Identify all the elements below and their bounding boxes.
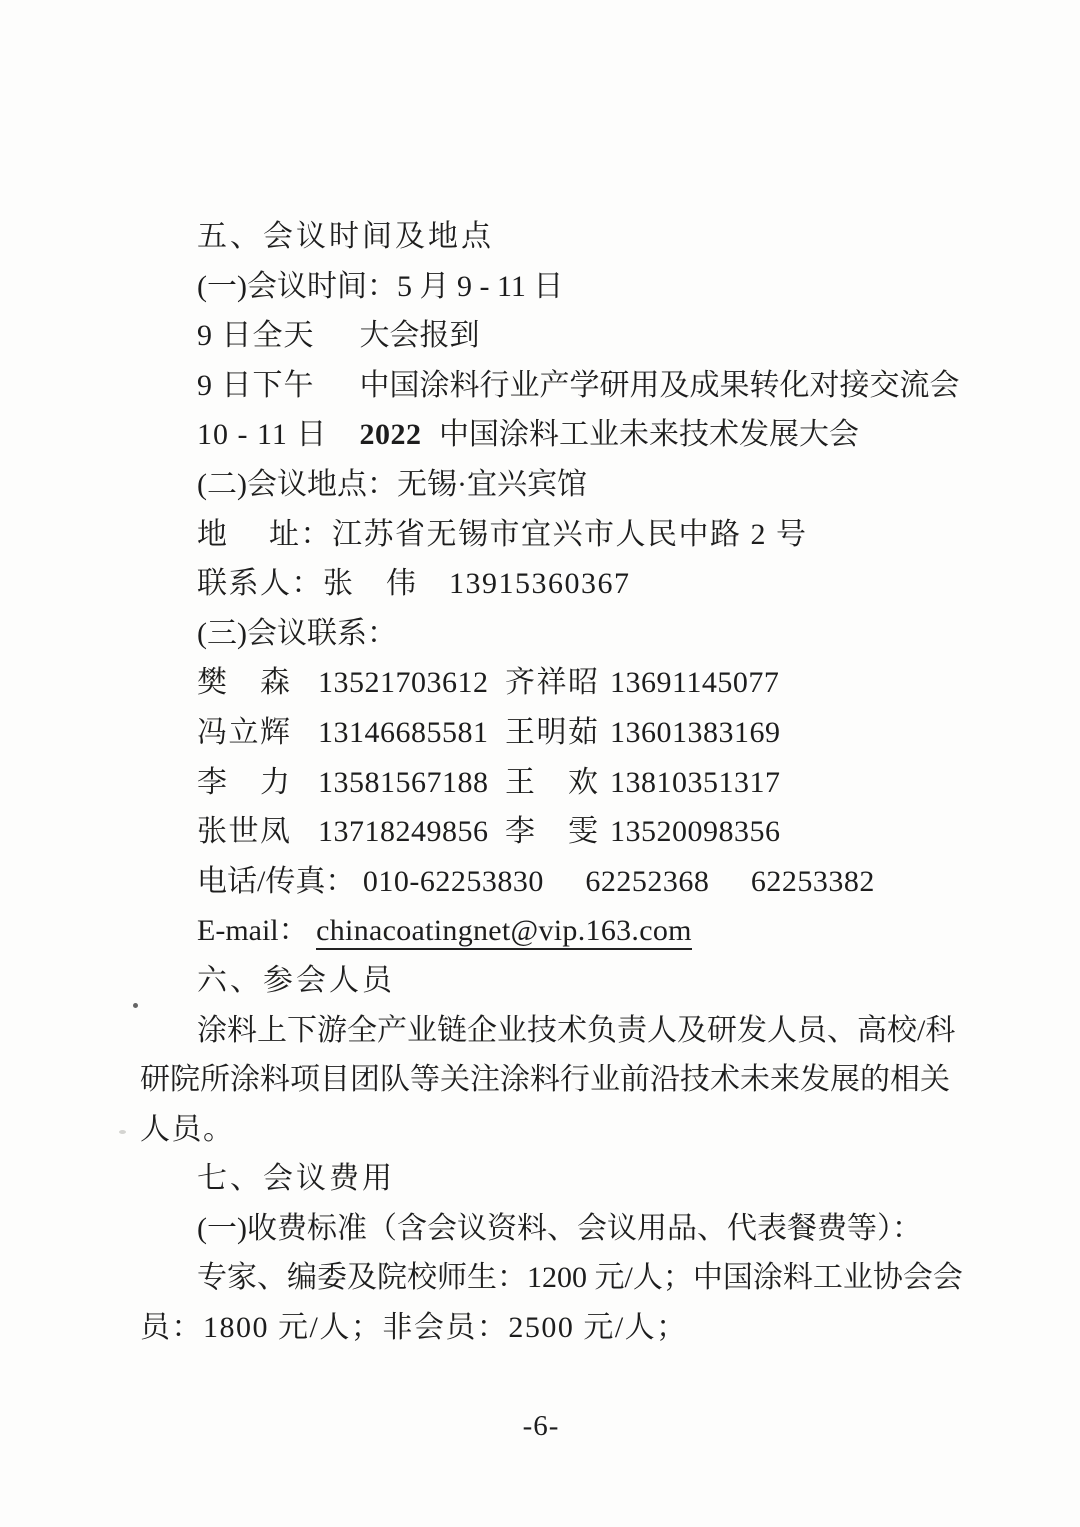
- venue-line: (二)会议地点：无锡·宜兴宾馆: [140, 460, 942, 510]
- section-6-heading: 六、参会人员: [140, 956, 942, 1006]
- contact-row-3: 李 力 13581567188 王 欢 13810351317: [140, 758, 942, 808]
- contact-row-1: 樊 森 13521703612 齐祥昭 13691145077: [140, 658, 942, 708]
- address-line: 地 址：江苏省无锡市宜兴市人民中路 2 号: [140, 510, 942, 560]
- schedule-time: 9 日下午: [197, 361, 352, 411]
- schedule-time: 9 日全天: [197, 311, 352, 361]
- phone-fax-number: 62253382: [751, 865, 875, 898]
- schedule-event: 中国涂料行业产学研用及成果转化对接交流会: [360, 369, 960, 402]
- contact-row-4: 张世凤 13718249856 李 雯 13520098356: [140, 807, 942, 857]
- scan-speck: [119, 1130, 126, 1134]
- participants-paragraph-line-2: 研院所涂料项目团队等关注涂料行业前沿技术未来发展的相关: [140, 1055, 942, 1105]
- page-number: -6-: [140, 1402, 942, 1452]
- contact-name: 王明茹: [505, 708, 601, 758]
- meeting-time-line: (一)会议时间：5 月 9 - 11 日: [140, 262, 942, 312]
- schedule-year-bold: 2022: [360, 418, 422, 451]
- schedule-event: 大会报到: [360, 319, 480, 352]
- phone-fax-number: 62252368: [585, 865, 709, 898]
- contact-phone: 13520098356: [610, 815, 781, 848]
- email-address: chinacoatingnet@vip.163.com: [316, 914, 692, 950]
- contact-phone: 13601383169: [610, 716, 781, 749]
- content-column: 五、会议时间及地点 (一)会议时间：5 月 9 - 11 日 9 日全天 大会报…: [140, 212, 942, 1452]
- contact-person-line: 联系人：张 伟 13915360367: [140, 559, 942, 609]
- meeting-contacts-heading: (三)会议联系：: [140, 609, 942, 659]
- contact-row-2: 冯立辉 13146685581 王明茹 13601383169: [140, 708, 942, 758]
- blank-line: [140, 1353, 942, 1403]
- contact-name: 李 力: [197, 758, 309, 808]
- fee-standard-line: (一)收费标准（含会议资料、会议用品、代表餐费等）：: [140, 1204, 942, 1254]
- contact-phone: 13810351317: [610, 766, 781, 799]
- fee-detail-line-2: 员：1800 元/人；非会员：2500 元/人；: [140, 1303, 942, 1353]
- phone-fax-number: 010-62253830: [363, 865, 544, 898]
- participants-paragraph-line-1: 涂料上下游全产业链企业技术负责人及研发人员、高校/科: [140, 1006, 942, 1056]
- contact-phone: 13691145077: [610, 666, 779, 699]
- schedule-time: 10 - 11 日: [197, 410, 352, 460]
- schedule-event: 中国涂料工业未来技术发展大会: [439, 418, 859, 451]
- contact-name: 张世凤: [197, 807, 309, 857]
- contact-name: 李 雯: [505, 807, 601, 857]
- fee-detail-line-1: 专家、编委及院校师生：1200 元/人；中国涂料工业协会会: [140, 1253, 942, 1303]
- email-label: E-mail：: [197, 914, 309, 947]
- contact-name: 齐祥昭: [505, 658, 601, 708]
- contact-name: 王 欢: [505, 758, 601, 808]
- phone-fax-label: 电话/传真：: [197, 865, 355, 898]
- contact-name: 樊 森: [197, 658, 309, 708]
- participants-paragraph-line-3: 人员。: [140, 1105, 942, 1155]
- contact-phone: 13581567188: [318, 758, 496, 808]
- schedule-row-3: 10 - 11 日 2022 中国涂料工业未来技术发展大会: [140, 410, 942, 460]
- section-5-heading: 五、会议时间及地点: [140, 212, 942, 262]
- email-line: E-mail： chinacoatingnet@vip.163.com: [140, 906, 942, 956]
- contact-phone: 13146685581: [318, 708, 496, 758]
- contact-phone: 13521703612: [318, 658, 496, 708]
- contact-name: 冯立辉: [197, 708, 309, 758]
- phone-fax-line: 电话/传真： 010-62253830 62252368 62253382: [140, 857, 942, 907]
- schedule-row-1: 9 日全天 大会报到: [140, 311, 942, 361]
- section-7-heading: 七、会议费用: [140, 1154, 942, 1204]
- document-page: 五、会议时间及地点 (一)会议时间：5 月 9 - 11 日 9 日全天 大会报…: [0, 0, 1080, 1527]
- contact-phone: 13718249856: [318, 807, 496, 857]
- schedule-row-2: 9 日下午 中国涂料行业产学研用及成果转化对接交流会: [140, 361, 942, 411]
- scan-speck: [133, 1003, 138, 1008]
